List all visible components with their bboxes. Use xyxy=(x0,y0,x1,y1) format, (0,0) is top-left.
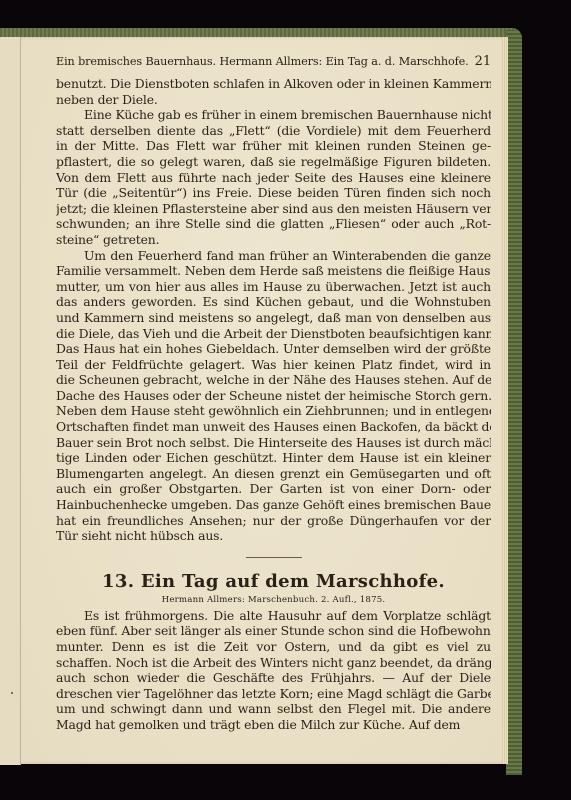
text-line: die Diele, das Vieh und die Arbeit der D… xyxy=(56,326,491,342)
text-line: neben der Diele. xyxy=(56,92,491,108)
text-line: Familie versammelt. Neben dem Herde saß … xyxy=(56,263,491,279)
text-line: Hainbuchenhecke umgeben. Das ganze Gehöf… xyxy=(56,497,491,513)
text-line: Es ist frühmorgens. Die alte Hausuhr auf… xyxy=(56,608,491,624)
section-bremisches-bauernhaus: benutzt. Die Dienstboten schlafen in Alk… xyxy=(56,76,491,544)
page-content: Ein bremisches Bauernhaus. Hermann Allme… xyxy=(56,52,491,733)
text-line: auch ein großer Obstgarten. Der Garten i… xyxy=(56,481,491,497)
running-head-title: Ein bremisches Bauernhaus. Hermann Allme… xyxy=(56,55,469,68)
text-line: Das Haus hat ein hohes Giebeldach. Unter… xyxy=(56,341,491,357)
text-line: Teil der Feldfrüchte gelagert. Was hier … xyxy=(56,357,491,373)
text-line: statt derselben diente das „Flett“ (die … xyxy=(56,123,491,139)
text-line: und Kammern sind meistens so angelegt, d… xyxy=(56,310,491,326)
text-line: um und schwingt dann und wann selbst den… xyxy=(56,701,491,717)
text-line: auch schon wieder die Geschäfte des Früh… xyxy=(56,670,491,686)
text-line: Ortschaften findet man unweit des Hauses… xyxy=(56,419,491,435)
text-line: die Scheunen gebracht, welche in der Näh… xyxy=(56,372,491,388)
text-line: Blumengarten angelegt. An diesen grenzt … xyxy=(56,466,491,482)
page-stack-edges xyxy=(502,37,508,764)
running-head: Ein bremisches Bauernhaus. Hermann Allme… xyxy=(56,54,491,76)
book-page: Ein bremisches Bauernhaus. Hermann Allme… xyxy=(21,37,508,764)
text-line: Von dem Flett aus führte nach jeder Seit… xyxy=(56,170,491,186)
text-line: hat ein freundliches Ansehen; nur der gr… xyxy=(56,513,491,529)
text-line: dreschen vier Tagelöhner das letzte Korn… xyxy=(56,686,491,702)
chapter-source-citation: Hermann Allmers: Marschenbuch. 2. Aufl.,… xyxy=(56,594,491,606)
book-cover-spine-edge xyxy=(506,30,522,775)
paragraph: benutzt. Die Dienstboten schlafen in Alk… xyxy=(56,76,491,107)
paragraph: Es ist frühmorgens. Die alte Hausuhr auf… xyxy=(56,608,491,733)
text-line: pflastert, die so gelegt waren, daß sie … xyxy=(56,154,491,170)
text-line: das anders geworden. Es sind Küchen geba… xyxy=(56,294,491,310)
text-line: Bauer sein Brot noch selbst. Die Hinters… xyxy=(56,435,491,451)
text-line: mutter, um von hier aus alles im Hause z… xyxy=(56,279,491,295)
text-line: Neben dem Hause steht gewöhnlich ein Zie… xyxy=(56,403,491,419)
text-line: munter. Denn es ist die Zeit vor Ostern,… xyxy=(56,639,491,655)
paragraph: Eine Küche gab es früher in einem bremis… xyxy=(56,107,491,247)
text-line: schwunden; an ihre Stelle sind die glatt… xyxy=(56,216,491,232)
text-line: tige Linden oder Eichen geschützt. Hinte… xyxy=(56,450,491,466)
text-line: in der Mitte. Das Flett war früher mit k… xyxy=(56,138,491,154)
paragraph: Um den Feuerherd fand man früher an Wint… xyxy=(56,248,491,544)
text-line: schaffen. Noch ist die Arbeit des Winter… xyxy=(56,655,491,671)
text-line: steine“ getreten. xyxy=(56,232,491,248)
text-line: Um den Feuerherd fand man früher an Wint… xyxy=(56,248,491,264)
text-line: Eine Küche gab es früher in einem bremis… xyxy=(56,107,491,123)
text-line: benutzt. Die Dienstboten schlafen in Alk… xyxy=(56,76,491,92)
section-tag-auf-dem-marschhofe: Es ist frühmorgens. Die alte Hausuhr auf… xyxy=(56,608,491,733)
chapter-title: 13. Ein Tag auf dem Marschhofe. xyxy=(56,572,491,592)
text-line: Tür (die „Seitentür“) ins Freie. Diese b… xyxy=(56,185,491,201)
facing-page-edge xyxy=(0,37,21,765)
text-line: Dache des Hauses oder der Scheune nistet… xyxy=(56,388,491,404)
text-line: eben fünf. Aber seit länger als einer St… xyxy=(56,623,491,639)
paper-speck xyxy=(11,692,13,694)
text-line: Tür sieht nicht hübsch aus. xyxy=(56,528,491,544)
text-line: jetzt; die kleinen Pflastersteine aber s… xyxy=(56,201,491,217)
page-number: 21 xyxy=(475,54,491,69)
section-divider xyxy=(246,557,302,558)
text-line: Magd hat gemolken und trägt eben die Mil… xyxy=(56,717,491,733)
